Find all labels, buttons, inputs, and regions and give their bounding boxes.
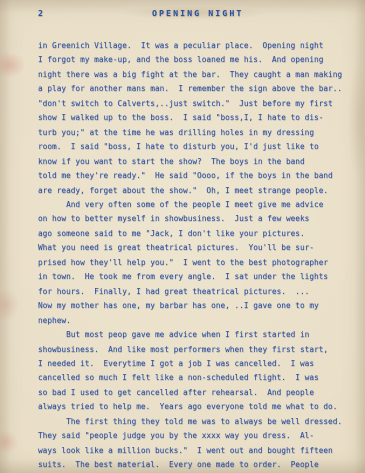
page-header: 2 OPENING NIGHT	[0, 8, 365, 22]
typed-line: in town. He took me from every angle. I …	[38, 270, 348, 284]
typed-line: prised how they'll help you." I went to …	[38, 256, 348, 270]
typed-line: The first thing they told me was to alwa…	[38, 415, 348, 429]
typed-line: always tried to help me. Years ago every…	[38, 400, 348, 414]
typed-line: in Greenich Village. It was a peculiar p…	[38, 39, 348, 53]
typed-line: What you need is great theatrical pictur…	[38, 241, 348, 255]
typed-line: night there was a big fight at the bar. …	[38, 68, 348, 82]
typed-line: suits. The best material. Every one made…	[38, 458, 348, 472]
typed-line: so bad I used to get cancelled after reh…	[38, 386, 348, 400]
typed-line: room. I said "boss, I hate to disturb yo…	[38, 140, 348, 154]
typed-line: are ready, forget about the show." Oh, I…	[38, 184, 348, 198]
typed-line: Now my mother has one, my barbar has one…	[38, 299, 348, 313]
typed-line: nephew.	[38, 314, 348, 328]
typed-line: told me they're ready." He said "Oooo, i…	[38, 169, 348, 183]
typed-line: on how to better myself in showbusiness.…	[38, 212, 348, 226]
typed-line: turb you;" at the time he was drilling h…	[38, 126, 348, 140]
typed-line: I needed it. Everytime I got a job I was…	[38, 357, 348, 371]
paper-stain	[0, 52, 26, 78]
paper-stain	[0, 288, 20, 322]
typed-line: for hours. Finally, I had great theatric…	[38, 285, 348, 299]
typed-line: But most peop gave me advice when I firs…	[38, 328, 348, 342]
typed-line: And very often some of the people I meet…	[38, 198, 348, 212]
typed-line: ways look like a million bucks." I went …	[38, 444, 348, 458]
paper-stain	[0, 430, 18, 454]
typed-line: cancelled so much I felt like a non-sche…	[38, 371, 348, 385]
typed-line: a play for another mans man. I remember …	[38, 82, 348, 96]
typed-line: showbusiness. And like most performers w…	[38, 343, 348, 357]
page-title: OPENING NIGHT	[152, 8, 243, 18]
page-number: 2	[38, 8, 43, 18]
typed-lines: in Greenich Village. It was a peculiar p…	[38, 39, 348, 473]
typed-line: ago someone said to me "Jack, I don't li…	[38, 227, 348, 241]
typed-line: They said "people judge you by the xxxx …	[38, 429, 348, 443]
typed-line: know if you want to start the show? The …	[38, 155, 348, 169]
typed-line: "don't switch to Calverts,..just switch.…	[38, 97, 348, 111]
typed-line: I forgot my make-up, and the boss loaned…	[38, 53, 348, 67]
paper-stain	[347, 60, 365, 180]
typed-line: show I walked up to the boss. I said "bo…	[38, 111, 348, 125]
typescript-page: 2 OPENING NIGHT in Greenich Village. It …	[0, 0, 365, 473]
